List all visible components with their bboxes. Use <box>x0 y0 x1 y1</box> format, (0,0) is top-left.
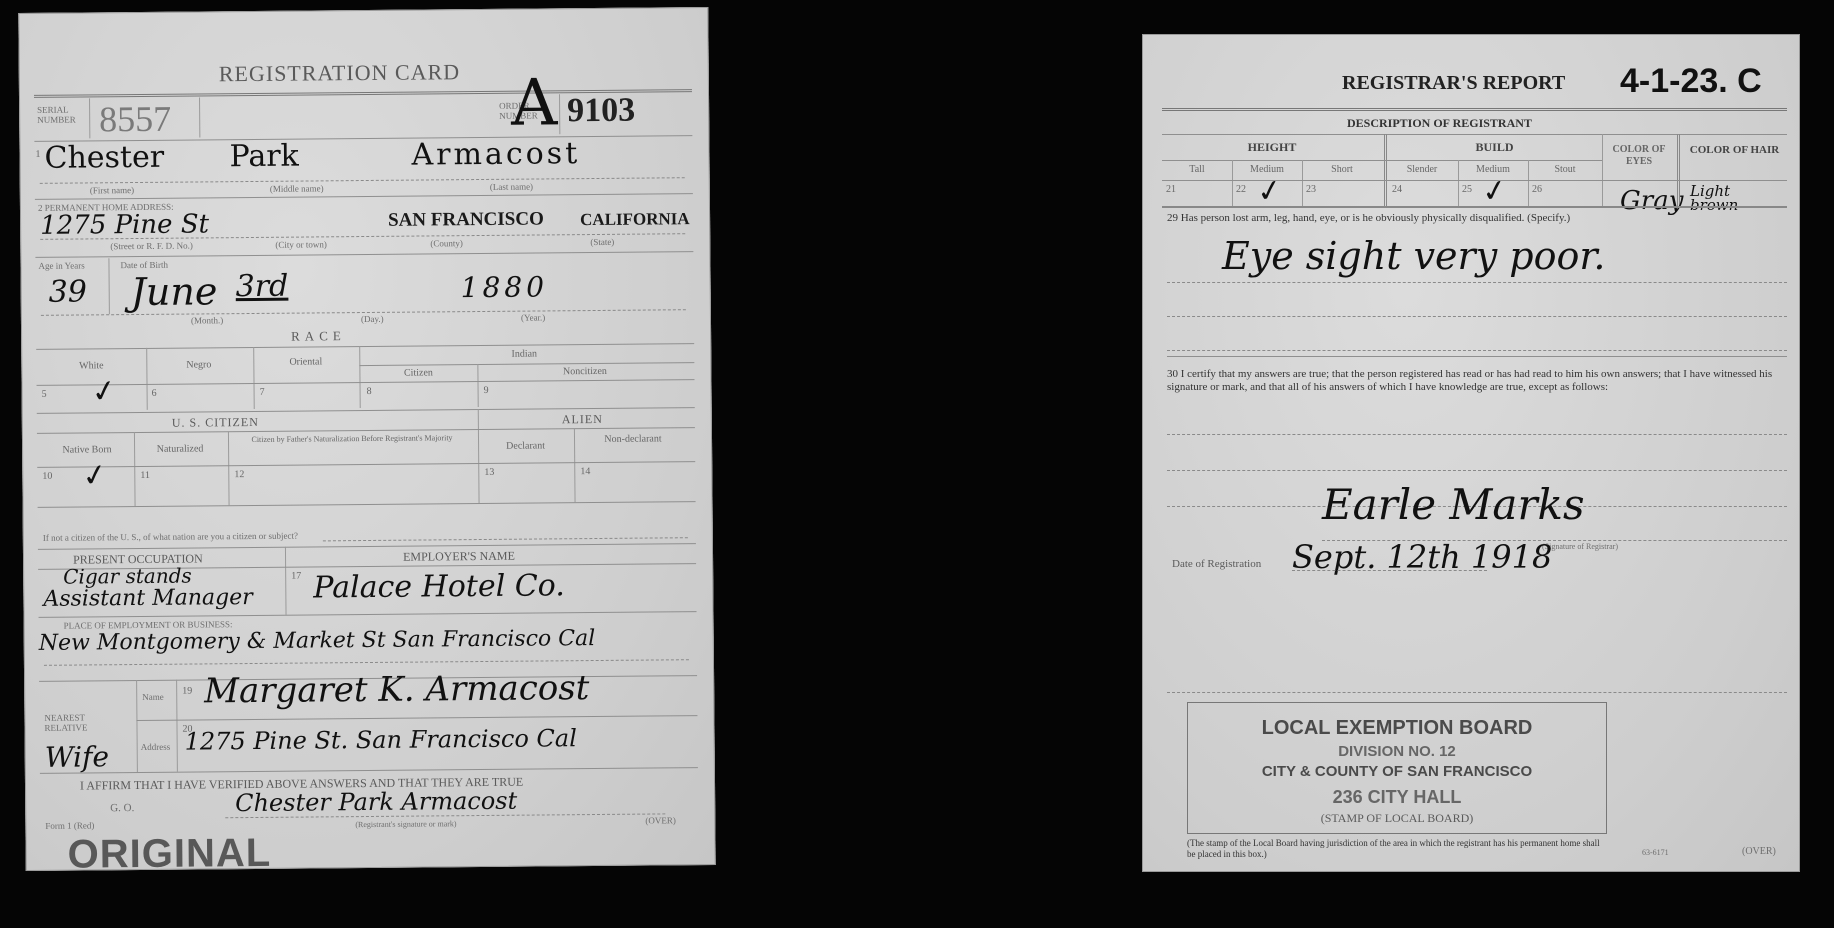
registration-date-label: Date of Registration <box>1172 558 1261 570</box>
question-30: 30 I certify that my answers are true; t… <box>1167 368 1787 394</box>
age-label: Age in Years <box>38 260 84 270</box>
serial-number: 8557 <box>99 98 171 141</box>
relative-address: 1275 Pine St. San Francisco Cal <box>185 724 577 755</box>
dob-year: 1880 <box>461 270 549 304</box>
registrar-report-title: REGISTRAR'S REPORT <box>1342 72 1565 95</box>
stamp-note: (The stamp of the Local Board having jur… <box>1187 838 1607 860</box>
employer-label: EMPLOYER'S NAME <box>403 549 515 565</box>
original-stamp: ORIGINAL <box>67 831 271 878</box>
middle-name: Park <box>229 139 299 175</box>
dob-label: Date of Birth <box>120 260 168 270</box>
employer-name: Palace Hotel Co. <box>313 568 565 605</box>
nation-question: If not a citizen of the U. S., of what n… <box>43 531 298 543</box>
registrant-signature: Chester Park Armacost <box>235 787 517 817</box>
form-code: Form 1 (Red) <box>45 820 94 830</box>
registration-card-front: REGISTRATION CARD SERIAL NUMBER 8557 ORD… <box>18 7 715 871</box>
question-29-answer: Eye sight very poor. <box>1222 234 1605 278</box>
nearest-relative-label: NEAREST RELATIVE <box>44 712 104 733</box>
card-title: REGISTRATION CARD <box>219 59 461 87</box>
race-white-check: ✓ <box>89 372 120 411</box>
last-name: Armacost <box>411 136 580 172</box>
first-name: Chester <box>44 140 164 176</box>
description-heading: DESCRIPTION OF REGISTRANT <box>1347 116 1532 131</box>
home-state-stamp: CALIFORNIA <box>580 209 690 230</box>
native-born-check: ✓ <box>79 456 110 495</box>
relative-relation: Wife <box>45 740 109 774</box>
alien-heading: ALIEN <box>562 412 603 427</box>
home-street: 1275 Pine St <box>40 209 209 240</box>
race-heading: RACE <box>291 328 346 344</box>
relative-name: Margaret K. Armacost <box>204 668 590 711</box>
registration-card-back: REGISTRAR'S REPORT 4-1-23. C DESCRIPTION… <box>1142 34 1800 872</box>
serial-label: SERIAL NUMBER <box>37 104 87 124</box>
employment-place: New Montgomery & Market St San Francisco… <box>39 626 596 656</box>
order-mark: A <box>511 66 558 140</box>
us-citizen-heading: U. S. CITIZEN <box>172 415 259 431</box>
order-number: 9103 <box>567 92 635 131</box>
age-value: 39 <box>49 274 87 309</box>
report-code: 4-1-23. C <box>1620 62 1762 101</box>
home-city-stamp: SAN FRANCISCO <box>388 208 544 231</box>
question-29: 29 Has person lost arm, leg, hand, eye, … <box>1167 212 1787 225</box>
dob-day: 3rd <box>236 269 289 304</box>
local-board-stamp-box: LOCAL EXEMPTION BOARD DIVISION NO. 12 CI… <box>1187 702 1607 834</box>
registrar-signature: Earle Marks <box>1322 480 1585 529</box>
occupation-line-2: Assistant Manager <box>43 585 253 612</box>
dob-month: June <box>131 269 218 314</box>
